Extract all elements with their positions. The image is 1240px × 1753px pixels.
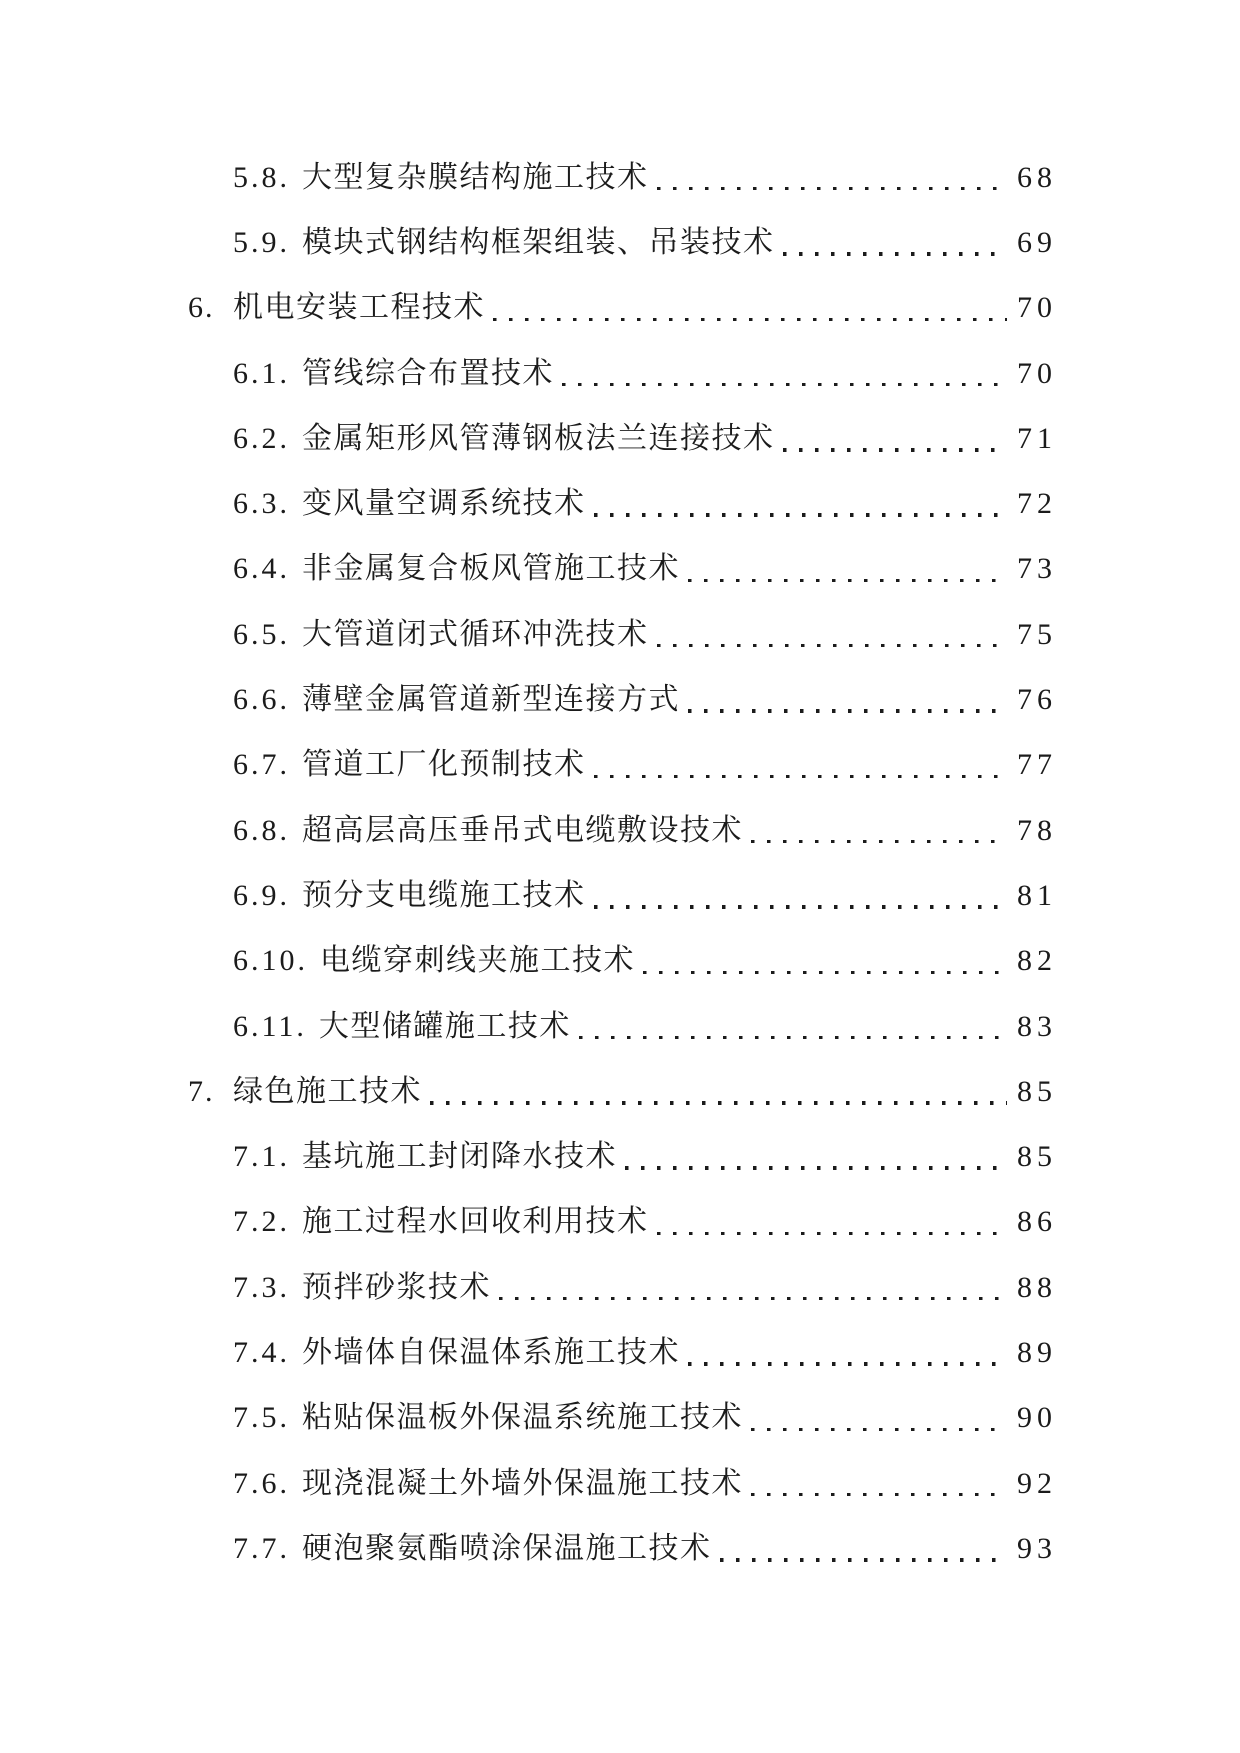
toc-entry-number: 6.3. bbox=[233, 489, 290, 519]
toc-entry-number: 7.6. bbox=[233, 1469, 290, 1499]
toc-entry: 7.1. 基坑施工封闭降水技术 85 bbox=[188, 1124, 1052, 1189]
toc-entry-number: 6.11. bbox=[233, 1012, 307, 1042]
toc-entry-title: 预分支电缆施工技术 bbox=[302, 881, 586, 911]
dot-leader bbox=[657, 1232, 1008, 1235]
toc-entry-title: 施工过程水回收利用技术 bbox=[302, 1207, 649, 1237]
toc-entry-number: 6.1. bbox=[233, 359, 290, 389]
dot-leader bbox=[751, 1493, 1007, 1496]
toc-entry-page: 70 bbox=[1017, 293, 1057, 323]
toc-entry-number: 6.4. bbox=[233, 554, 290, 584]
toc-entry-title: 非金属复合板风管施工技术 bbox=[302, 554, 680, 584]
toc-entry-number: 6.2. bbox=[233, 424, 290, 454]
dot-leader bbox=[688, 1362, 1007, 1365]
table-of-contents: 5.8. 大型复杂膜结构施工技术 68 5.9. 模块式钢结构框架组装、吊装技术… bbox=[0, 0, 1240, 1582]
toc-entry-page: 85 bbox=[1017, 1142, 1057, 1172]
dot-leader bbox=[594, 775, 1008, 778]
toc-entry-number: 6.6. bbox=[233, 685, 290, 715]
toc-entry-page: 76 bbox=[1017, 685, 1057, 715]
toc-entry: 7.7. 硬泡聚氨酯喷涂保温施工技术 93 bbox=[188, 1516, 1052, 1581]
dot-leader bbox=[625, 1166, 1007, 1169]
toc-entry-title: 管道工厂化预制技术 bbox=[302, 750, 586, 780]
toc-entry-page: 92 bbox=[1017, 1469, 1057, 1499]
toc-entry: 6.1. 管线综合布置技术 70 bbox=[188, 341, 1052, 406]
toc-entry-number: 7.2. bbox=[233, 1207, 290, 1237]
toc-entry: 6.2. 金属矩形风管薄钢板法兰连接技术 71 bbox=[188, 406, 1052, 471]
toc-entry-number: 7. bbox=[188, 1077, 233, 1107]
toc-entry: 6.5. 大管道闭式循环冲洗技术 75 bbox=[188, 602, 1052, 667]
toc-entry-page: 88 bbox=[1017, 1273, 1057, 1303]
toc-entry-title: 现浇混凝土外墙外保温施工技术 bbox=[302, 1469, 743, 1499]
dot-leader bbox=[751, 840, 1007, 843]
dot-leader bbox=[499, 1297, 1007, 1300]
dot-leader bbox=[751, 1428, 1007, 1431]
toc-entry-title: 变风量空调系统技术 bbox=[302, 489, 586, 519]
toc-entry-title: 电缆穿刺线夹施工技术 bbox=[320, 946, 635, 976]
toc-entry-page: 89 bbox=[1017, 1338, 1057, 1368]
dot-leader bbox=[579, 1036, 1007, 1039]
toc-entry-page: 69 bbox=[1017, 228, 1057, 258]
toc-entry-page: 78 bbox=[1017, 816, 1057, 846]
toc-entry-title: 薄壁金属管道新型连接方式 bbox=[302, 685, 680, 715]
toc-entry-title: 预拌砂浆技术 bbox=[302, 1273, 491, 1303]
toc-entry-number: 6. bbox=[188, 293, 233, 323]
toc-entry-page: 72 bbox=[1017, 489, 1057, 519]
toc-entry-number: 5.8. bbox=[233, 163, 290, 193]
toc-entry-page: 86 bbox=[1017, 1207, 1057, 1237]
dot-leader bbox=[562, 383, 1007, 386]
toc-entry-number: 7.1. bbox=[233, 1142, 290, 1172]
toc-entry-page: 82 bbox=[1017, 946, 1057, 976]
dot-leader bbox=[493, 318, 1007, 321]
toc-entry: 7.6. 现浇混凝土外墙外保温施工技术 92 bbox=[188, 1451, 1052, 1516]
dot-leader bbox=[594, 905, 1008, 908]
toc-entry-title: 大管道闭式循环冲洗技术 bbox=[302, 620, 649, 650]
toc-entry: 6.9. 预分支电缆施工技术 81 bbox=[188, 863, 1052, 928]
toc-entry: 6.11. 大型储罐施工技术 83 bbox=[188, 994, 1052, 1059]
toc-entry-title: 外墙体自保温体系施工技术 bbox=[302, 1338, 680, 1368]
toc-entry-number: 6.9. bbox=[233, 881, 290, 911]
toc-entry-page: 90 bbox=[1017, 1403, 1057, 1433]
toc-entry-page: 70 bbox=[1017, 359, 1057, 389]
toc-entry: 7.4. 外墙体自保温体系施工技术 89 bbox=[188, 1320, 1052, 1385]
toc-entry: 7. 绿色施工技术 85 bbox=[188, 1059, 1052, 1124]
toc-entry: 6. 机电安装工程技术 70 bbox=[188, 276, 1052, 341]
toc-entry-number: 7.7. bbox=[233, 1534, 290, 1564]
toc-entry-page: 71 bbox=[1017, 424, 1057, 454]
dot-leader bbox=[594, 513, 1008, 516]
toc-entry-page: 73 bbox=[1017, 554, 1057, 584]
toc-entry-number: 7.5. bbox=[233, 1403, 290, 1433]
toc-entry-page: 75 bbox=[1017, 620, 1057, 650]
toc-entry: 5.8. 大型复杂膜结构施工技术 68 bbox=[188, 145, 1052, 210]
toc-entry-title: 绿色施工技术 bbox=[233, 1077, 422, 1107]
toc-entry-title: 金属矩形风管薄钢板法兰连接技术 bbox=[302, 424, 775, 454]
dot-leader bbox=[688, 579, 1007, 582]
toc-entry: 6.10. 电缆穿刺线夹施工技术 82 bbox=[188, 929, 1052, 994]
toc-entry: 7.2. 施工过程水回收利用技术 86 bbox=[188, 1190, 1052, 1255]
toc-entry-number: 5.9. bbox=[233, 228, 290, 258]
toc-entry: 6.7. 管道工厂化预制技术 77 bbox=[188, 733, 1052, 798]
toc-entry-title: 超高层高压垂吊式电缆敷设技术 bbox=[302, 816, 743, 846]
toc-entry: 7.3. 预拌砂浆技术 88 bbox=[188, 1255, 1052, 1320]
toc-entry-number: 6.5. bbox=[233, 620, 290, 650]
toc-entry-page: 68 bbox=[1017, 163, 1057, 193]
toc-entry-number: 7.3. bbox=[233, 1273, 290, 1303]
dot-leader bbox=[783, 448, 1008, 451]
toc-entry-title: 模块式钢结构框架组装、吊装技术 bbox=[302, 228, 775, 258]
toc-entry-page: 77 bbox=[1017, 750, 1057, 780]
toc-entry-title: 机电安装工程技术 bbox=[233, 293, 485, 323]
toc-entry: 6.3. 变风量空调系统技术 72 bbox=[188, 471, 1052, 536]
toc-entry-title: 基坑施工封闭降水技术 bbox=[302, 1142, 617, 1172]
toc-entry-page: 83 bbox=[1017, 1012, 1057, 1042]
toc-entry-number: 6.10. bbox=[233, 946, 308, 976]
toc-entry-page: 85 bbox=[1017, 1077, 1057, 1107]
toc-entry-page: 93 bbox=[1017, 1534, 1057, 1564]
toc-entry-number: 7.4. bbox=[233, 1338, 290, 1368]
dot-leader bbox=[643, 971, 1007, 974]
toc-entry-title: 大型储罐施工技术 bbox=[319, 1012, 571, 1042]
toc-entry-title: 硬泡聚氨酯喷涂保温施工技术 bbox=[302, 1534, 712, 1564]
dot-leader bbox=[783, 252, 1008, 255]
toc-entry: 6.4. 非金属复合板风管施工技术 73 bbox=[188, 537, 1052, 602]
toc-entry-number: 6.7. bbox=[233, 750, 290, 780]
dot-leader bbox=[688, 709, 1007, 712]
dot-leader bbox=[657, 644, 1008, 647]
toc-entry: 7.5. 粘贴保温板外保温系统施工技术 90 bbox=[188, 1386, 1052, 1451]
toc-entry: 6.8. 超高层高压垂吊式电缆敷设技术 78 bbox=[188, 798, 1052, 863]
dot-leader bbox=[720, 1558, 1008, 1561]
toc-entry-title: 粘贴保温板外保温系统施工技术 bbox=[302, 1403, 743, 1433]
toc-entry: 6.6. 薄壁金属管道新型连接方式 76 bbox=[188, 667, 1052, 732]
dot-leader bbox=[657, 187, 1008, 190]
toc-entry-number: 6.8. bbox=[233, 816, 290, 846]
toc-entry-title: 大型复杂膜结构施工技术 bbox=[302, 163, 649, 193]
dot-leader bbox=[430, 1101, 1007, 1104]
document-page: 5.8. 大型复杂膜结构施工技术 68 5.9. 模块式钢结构框架组装、吊装技术… bbox=[0, 0, 1240, 1753]
toc-entry-page: 81 bbox=[1017, 881, 1057, 911]
toc-entry: 5.9. 模块式钢结构框架组装、吊装技术 69 bbox=[188, 210, 1052, 275]
toc-entry-title: 管线综合布置技术 bbox=[302, 359, 554, 389]
